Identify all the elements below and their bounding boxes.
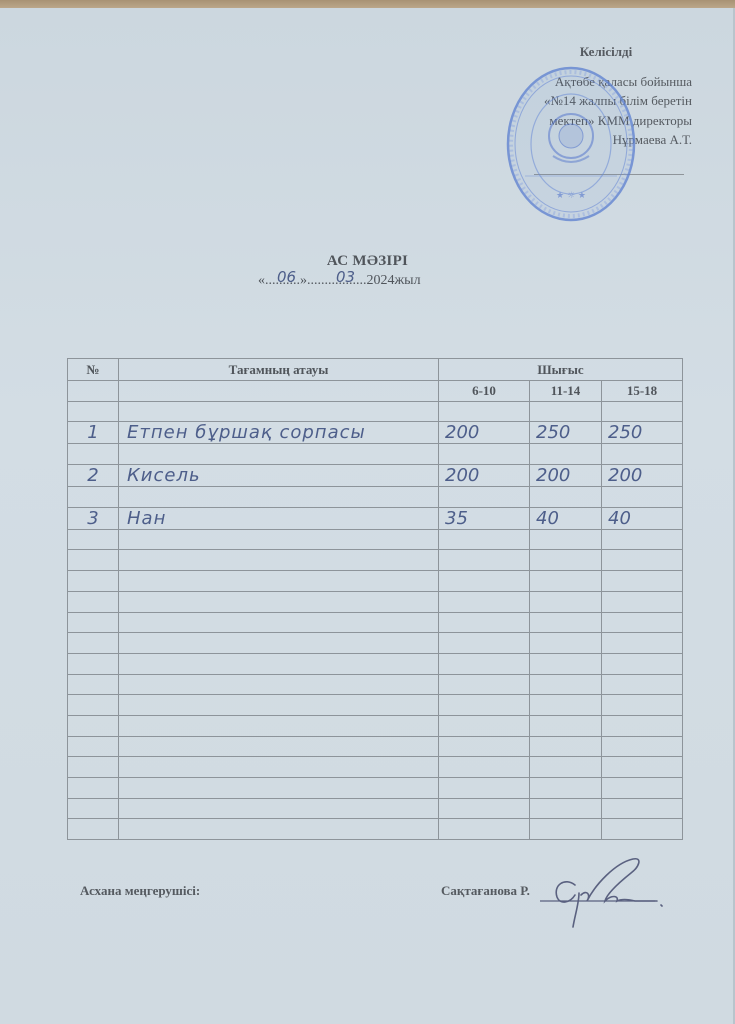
empty-cell [439, 444, 530, 465]
empty-cell [439, 633, 530, 654]
date-open-quote: « [258, 273, 265, 288]
portion-value: 250 [602, 422, 683, 444]
empty-cell [68, 550, 119, 571]
empty-cell [68, 633, 119, 654]
empty-cell [439, 757, 530, 778]
empty-cell [68, 529, 119, 550]
empty-cell [68, 401, 119, 422]
header-age-11-14: 11-14 [530, 381, 602, 402]
empty-cell [530, 550, 602, 571]
empty-cell [530, 529, 602, 550]
empty-cell [530, 715, 602, 736]
empty-cell [119, 612, 439, 633]
empty-cell [68, 695, 119, 716]
table-row-empty [68, 487, 683, 508]
empty-cell [68, 444, 119, 465]
empty-cell [439, 715, 530, 736]
empty-cell [439, 591, 530, 612]
table-row-empty [68, 715, 683, 736]
empty-cell [68, 591, 119, 612]
empty-cell [530, 444, 602, 465]
header-output: Шығыс [439, 359, 683, 381]
empty-cell [602, 695, 683, 716]
empty-cell [602, 550, 683, 571]
empty-cell [119, 695, 439, 716]
empty-cell [439, 550, 530, 571]
portion-value: 250 [530, 422, 602, 444]
canteen-manager-name: Сақтағанова Р. [441, 883, 530, 899]
portion-value: 200 [602, 465, 683, 487]
portion-value: 35 [439, 507, 530, 529]
empty-cell [530, 653, 602, 674]
table-row-empty [68, 401, 683, 422]
empty-cell [530, 674, 602, 695]
header-age-6-10: 6-10 [439, 381, 530, 402]
empty-cell [119, 757, 439, 778]
table-row-empty [68, 529, 683, 550]
empty-cell [119, 444, 439, 465]
empty-cell [68, 736, 119, 757]
empty-cell [530, 757, 602, 778]
empty-cell [602, 401, 683, 422]
empty-cell [602, 444, 683, 465]
empty-cell [119, 819, 439, 840]
row-number: 3 [68, 507, 119, 529]
empty-cell [68, 757, 119, 778]
table-subheader-row: 6-10 11-14 15-18 [68, 381, 683, 402]
canteen-manager-label: Асхана меңгерушісі: [80, 883, 200, 899]
empty-cell [119, 550, 439, 571]
row-number: 1 [68, 422, 119, 444]
empty-cell [439, 736, 530, 757]
table-row-empty [68, 444, 683, 465]
date-day: 06 [277, 268, 296, 286]
empty-cell [119, 653, 439, 674]
empty-cell [439, 401, 530, 422]
empty-cell [68, 674, 119, 695]
empty-cell [602, 819, 683, 840]
portion-value: 200 [439, 465, 530, 487]
empty-cell [439, 571, 530, 592]
table-row-empty [68, 819, 683, 840]
table-row: 1Етпен бұршақ сорпасы200250250 [68, 422, 683, 444]
empty-cell [530, 612, 602, 633]
empty-cell [602, 529, 683, 550]
handwritten-signature-icon [535, 855, 675, 935]
header-dish-name: Тағамның атауы [119, 359, 439, 381]
empty-cell [439, 653, 530, 674]
empty-cell [530, 736, 602, 757]
date-year-suffix: жыл [395, 273, 421, 288]
row-number: 2 [68, 465, 119, 487]
table-row-empty [68, 653, 683, 674]
empty-cell [119, 778, 439, 799]
table-row-empty [68, 571, 683, 592]
table-row-empty [68, 550, 683, 571]
empty-cell [119, 571, 439, 592]
empty-cell [602, 757, 683, 778]
empty-cell [439, 487, 530, 508]
dish-name: Нан [119, 507, 439, 529]
empty-cell [119, 529, 439, 550]
empty-cell [530, 591, 602, 612]
empty-cell [602, 798, 683, 819]
date-month: 03 [336, 268, 355, 286]
table-row: 3Нан354040 [68, 507, 683, 529]
empty-cell [68, 381, 119, 402]
empty-cell [119, 401, 439, 422]
empty-cell [439, 798, 530, 819]
empty-cell [530, 633, 602, 654]
empty-cell [530, 695, 602, 716]
empty-cell [602, 633, 683, 654]
empty-cell [119, 674, 439, 695]
empty-cell [119, 633, 439, 654]
empty-cell [602, 591, 683, 612]
document-title: АС МӘЗІРІ [0, 253, 735, 270]
svg-text:★ ☼ ★: ★ ☼ ★ [556, 191, 586, 201]
empty-cell [530, 798, 602, 819]
portion-value: 40 [530, 507, 602, 529]
empty-cell [602, 778, 683, 799]
table-row-empty [68, 798, 683, 819]
empty-cell [530, 778, 602, 799]
empty-cell [530, 819, 602, 840]
empty-cell [439, 778, 530, 799]
empty-cell [602, 715, 683, 736]
empty-cell [602, 736, 683, 757]
empty-cell [530, 487, 602, 508]
empty-cell [68, 487, 119, 508]
dish-name: Кисель [119, 465, 439, 487]
empty-cell [602, 612, 683, 633]
date-year: 2024 [367, 273, 395, 288]
empty-cell [68, 653, 119, 674]
table-row-empty [68, 736, 683, 757]
empty-cell [119, 798, 439, 819]
header-number: № [68, 359, 119, 381]
empty-cell [530, 401, 602, 422]
portion-value: 200 [439, 422, 530, 444]
empty-cell [68, 612, 119, 633]
portion-value: 40 [602, 507, 683, 529]
dish-name: Етпен бұршақ сорпасы [119, 422, 439, 444]
table-row-empty [68, 695, 683, 716]
official-seal-icon: ★ ☼ ★ [505, 66, 637, 222]
table-body: 1Етпен бұршақ сорпасы2002502502Кисель200… [68, 401, 683, 839]
table-row-empty [68, 591, 683, 612]
empty-cell [602, 571, 683, 592]
menu-table: № Тағамның атауы Шығыс 6-10 11-14 15-18 … [67, 358, 683, 840]
empty-cell [439, 529, 530, 550]
empty-cell [602, 653, 683, 674]
table-header-row: № Тағамның атауы Шығыс [68, 359, 683, 381]
empty-cell [439, 674, 530, 695]
empty-cell [602, 487, 683, 508]
empty-cell [530, 571, 602, 592]
empty-cell [119, 381, 439, 402]
empty-cell [119, 487, 439, 508]
portion-value: 200 [530, 465, 602, 487]
table-row-empty [68, 674, 683, 695]
empty-cell [68, 819, 119, 840]
empty-cell [439, 695, 530, 716]
empty-cell [439, 612, 530, 633]
empty-cell [68, 798, 119, 819]
date-close-quote: » [300, 273, 307, 288]
table-row: 2Кисель200200200 [68, 465, 683, 487]
empty-cell [68, 571, 119, 592]
table-row-empty [68, 778, 683, 799]
empty-cell [68, 778, 119, 799]
table-row-empty [68, 633, 683, 654]
empty-cell [119, 715, 439, 736]
empty-cell [439, 819, 530, 840]
empty-cell [119, 591, 439, 612]
approval-title: Келісілді [480, 42, 692, 62]
empty-cell [68, 715, 119, 736]
empty-cell [602, 674, 683, 695]
header-age-15-18: 15-18 [602, 381, 683, 402]
table-row-empty [68, 757, 683, 778]
table-row-empty [68, 612, 683, 633]
empty-cell [119, 736, 439, 757]
